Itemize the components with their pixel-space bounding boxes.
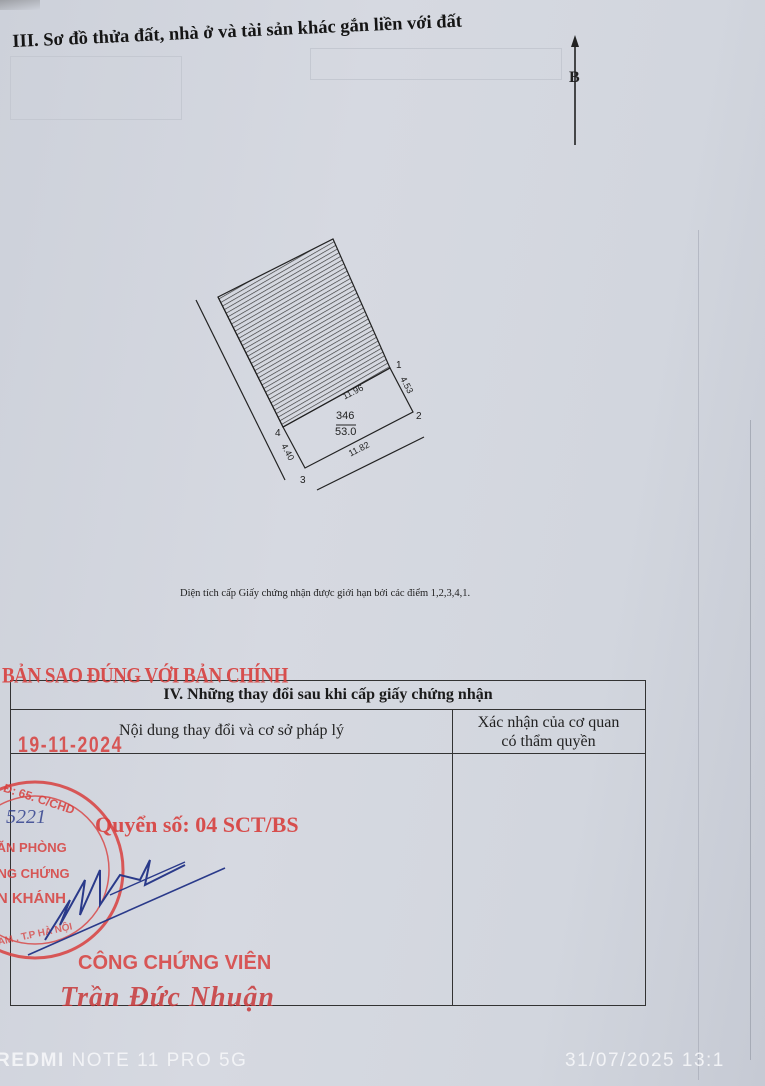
signature-icon xyxy=(0,0,765,1086)
camera-watermark: REDMI NOTE 11 PRO 5G 31/07/2025 13:1 xyxy=(0,1040,765,1086)
notary-name: Trần Đức Nhuận xyxy=(60,982,275,1014)
notary-title: CÔNG CHỨNG VIÊN xyxy=(78,952,271,975)
document-page: III. Sơ đồ thửa đất, nhà ở và tài sản kh… xyxy=(0,0,765,1086)
watermark-device: REDMI NOTE 11 PRO 5G xyxy=(0,1050,247,1072)
watermark-brand: REDMI xyxy=(0,1050,65,1071)
watermark-model: NOTE 11 PRO 5G xyxy=(65,1050,248,1071)
watermark-datetime: 31/07/2025 13:1 xyxy=(565,1050,725,1072)
